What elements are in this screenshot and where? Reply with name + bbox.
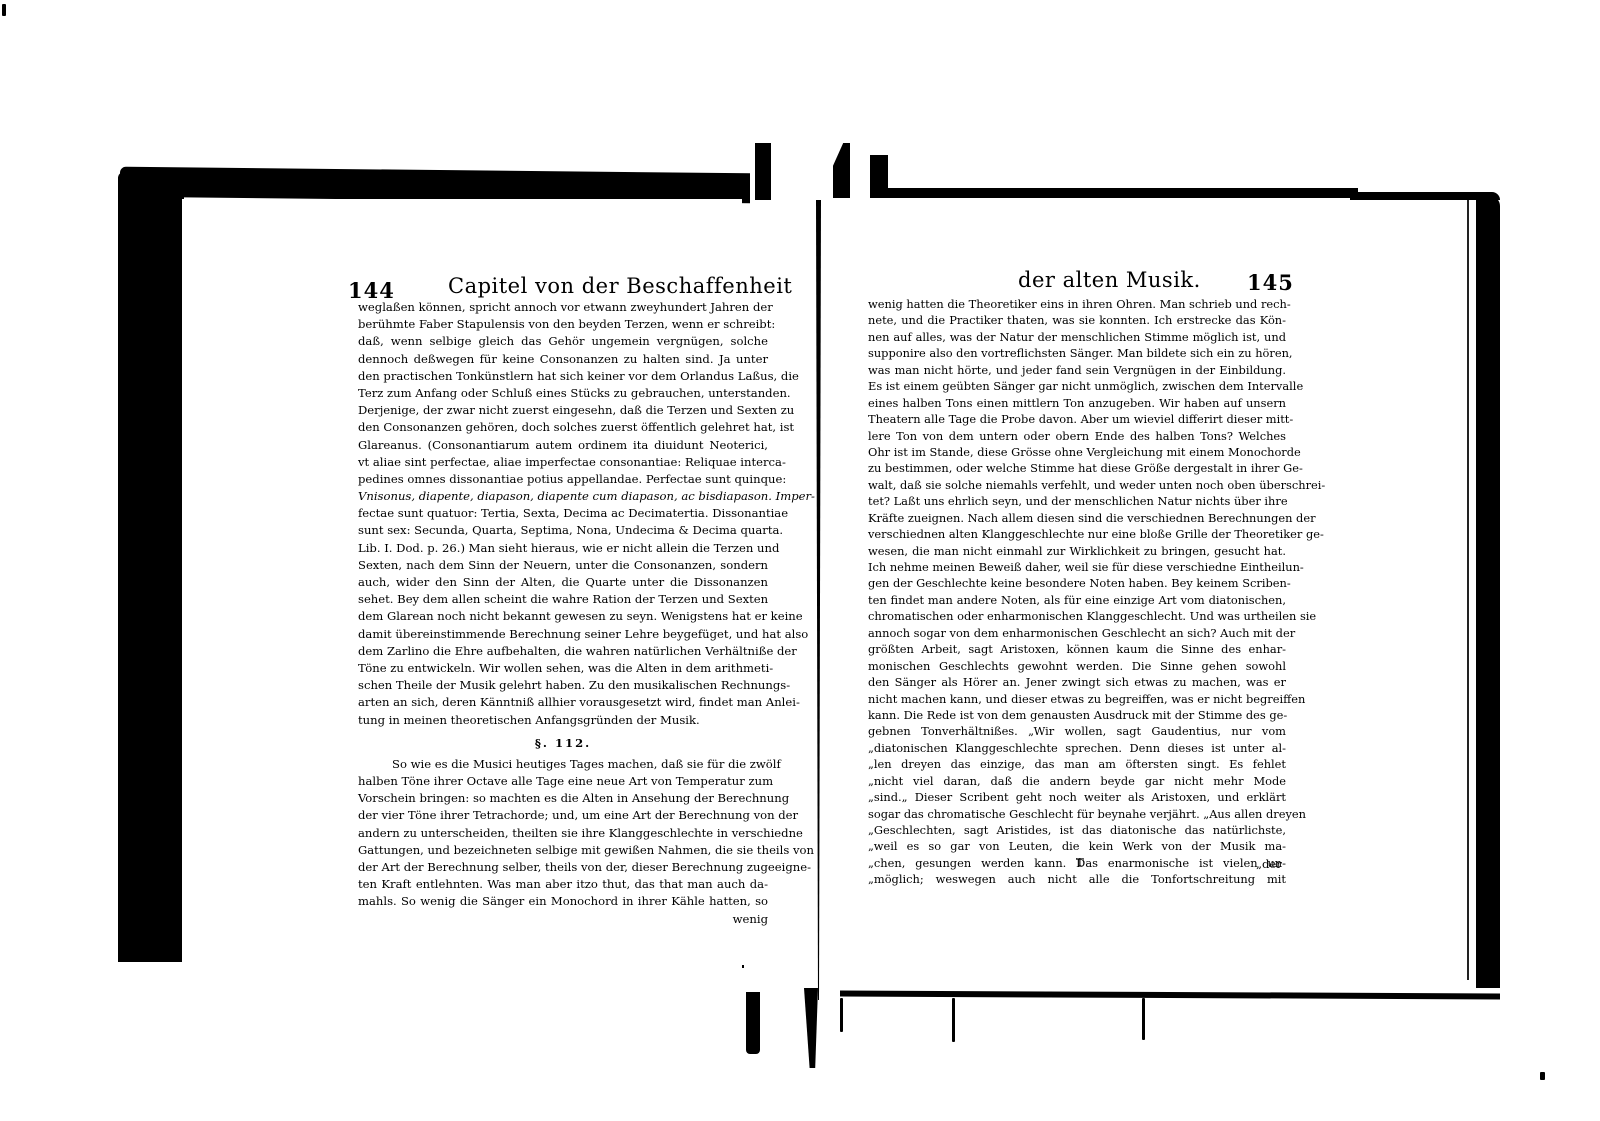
text-line: pedines omnes dissonantiae potius appell… xyxy=(358,471,768,488)
text-line: wenig hatten die Theoretiker eins in ihr… xyxy=(868,296,1286,312)
text-line: Lib. I. Dod. p. 26.) Man sieht hieraus, … xyxy=(358,540,768,557)
left-page-body: weglaßen können, spricht annoch vor etwa… xyxy=(358,299,768,928)
book-scan: 144 Capitel von der Beschaffenheit wegla… xyxy=(0,0,1600,1121)
text-line: „möglich; weswegen auch nicht alle die T… xyxy=(868,871,1286,887)
right-cover-side-edge xyxy=(1476,196,1500,988)
text-line: der vier Töne ihrer Tetrachorde; und, um… xyxy=(358,807,768,824)
text-line: damit übereinstimmende Berechnung seiner… xyxy=(358,626,768,643)
text-line: was man nicht hörte, und jeder fand sein… xyxy=(868,362,1286,378)
text-line: daß, wenn selbige gleich das Gehör ungem… xyxy=(358,333,768,350)
text-line: „len dreyen das einzige, das man am öfte… xyxy=(868,756,1286,772)
text-line: schen Theile der Musik gelehrt haben. Zu… xyxy=(358,677,768,694)
catchword: „der xyxy=(1256,857,1282,871)
text-line: nicht machen kann, und dieser etwas zu b… xyxy=(868,691,1286,707)
center-spine-wedge xyxy=(833,143,850,200)
text-line: vt aliae sint perfectae, aliae imperfect… xyxy=(358,454,768,471)
text-line: Töne zu entwickeln. Wir wollen sehen, wa… xyxy=(358,660,768,677)
text-line: Derjenige, der zwar nicht zuerst eingese… xyxy=(358,402,768,419)
right-page-bottom-edge xyxy=(840,991,1500,1000)
text-line: „weil es so gar von Leuten, die kein Wer… xyxy=(868,838,1286,854)
right-cover-top-edge xyxy=(888,188,1358,198)
tick-mark xyxy=(952,998,955,1042)
text-line: Glareanus. (Consonantiarum autem ordinem… xyxy=(358,437,768,454)
text-line: berühmte Faber Stapulensis von den beyde… xyxy=(358,316,768,333)
text-line: auch, wider den Sinn der Alten, die Quar… xyxy=(358,574,768,591)
text-line: „Geschlechten, sagt Aristides, ist das d… xyxy=(868,822,1286,838)
text-line: andern zu unterscheiden, theilten sie ih… xyxy=(358,825,768,842)
text-line: Sexten, nach dem Sinn der Neuern, unter … xyxy=(358,557,768,574)
text-line: Gattungen, und bezeichneten selbige mit … xyxy=(358,842,768,859)
text-line: wesen, die man nicht einmahl zur Wirklic… xyxy=(868,543,1286,559)
left-cover-top-edge xyxy=(120,167,750,204)
tick-mark xyxy=(1142,998,1145,1040)
text-line: Ohr ist im Stande, diese Grösse ohne Ver… xyxy=(868,444,1286,460)
text-line: sogar das chromatische Geschlecht für be… xyxy=(868,806,1286,822)
text-line: mahls. So wenig die Sänger ein Monochord… xyxy=(358,893,768,910)
scan-speck xyxy=(2,4,6,16)
text-line: eines halben Tons einen mittlern Ton anz… xyxy=(868,395,1286,411)
text-line: sehet. Bey dem allen scheint die wahre R… xyxy=(358,591,768,608)
left-running-head: Capitel von der Beschaffenheit xyxy=(448,274,792,298)
right-page-rule xyxy=(1467,200,1469,980)
left-gutter-tab xyxy=(755,143,771,200)
text-line: arten an sich, deren Känntniß allhier vo… xyxy=(358,694,768,711)
text-line: „nicht viel daran, daß die andern beyde … xyxy=(868,773,1286,789)
text-line: gebnen Tonverhältnißes. „Wir wollen, sag… xyxy=(868,723,1286,739)
text-line: weglaßen können, spricht annoch vor etwa… xyxy=(358,299,768,316)
text-line: Theatern alle Tage die Probe davon. Aber… xyxy=(868,411,1286,427)
text-line: „diatonischen Klanggeschlechte sprechen.… xyxy=(868,740,1286,756)
text-line: annoch sogar von dem enharmonischen Gesc… xyxy=(868,625,1286,641)
text-line: ten findet man andere Noten, als für ein… xyxy=(868,592,1286,608)
text-line: kann. Die Rede ist von dem genausten Aus… xyxy=(868,707,1286,723)
center-spine-line xyxy=(816,200,821,1000)
text-line: verschiednen alten Klanggeschlechte nur … xyxy=(868,526,1286,542)
text-line: ten Kraft entlehnten. Was man aber itzo … xyxy=(358,876,768,893)
text-line: Terz zum Anfang oder Schluß eines Stücks… xyxy=(358,385,768,402)
text-line: „sind.„ Dieser Scribent geht noch weiter… xyxy=(868,789,1286,805)
text-line: supponire also den vortreflichsten Sänge… xyxy=(868,345,1286,361)
right-page-body: wenig hatten die Theoretiker eins in ihr… xyxy=(868,296,1286,888)
text-line: lere Ton von dem untern oder obern Ende … xyxy=(868,428,1286,444)
text-line: Vorschein bringen: so machten es die Alt… xyxy=(358,790,768,807)
text-line: der Art der Berechnung selber, theils vo… xyxy=(358,859,768,876)
text-line: nen auf alles, was der Natur der menschl… xyxy=(868,329,1286,345)
text-line: den Sänger als Hörer an. Jener zwingt si… xyxy=(868,674,1286,690)
catchword: wenig xyxy=(358,911,768,928)
bottom-spine-tab xyxy=(804,988,818,1068)
text-line: Vnisonus, diapente, diapason, diapente c… xyxy=(358,488,768,505)
right-gutter-tab xyxy=(870,155,888,200)
text-line: dem Zarlino die Ehre aufbehalten, die wa… xyxy=(358,643,768,660)
left-cover-side-edge xyxy=(118,172,184,962)
text-line: tung in meinen theoretischen Anfangsgrün… xyxy=(358,712,768,729)
text-line: walt, daß sie solche niemahls verfehlt, … xyxy=(868,477,1286,493)
text-line: Kräfte zueignen. Nach allem diesen sind … xyxy=(868,510,1286,526)
right-running-head: der alten Musik. xyxy=(1018,268,1201,292)
tick-mark xyxy=(840,998,843,1032)
text-line: monischen Geschlechts gewohnt werden. Di… xyxy=(868,658,1286,674)
text-line: nete, und die Practiker thaten, was sie … xyxy=(868,312,1286,328)
text-line: dem Glarean noch nicht bekannt gewesen z… xyxy=(358,608,768,625)
text-line: chromatischen oder enharmonischen Klangg… xyxy=(868,608,1286,624)
text-line: den practischen Tonkünstlern hat sich ke… xyxy=(358,368,768,385)
right-page-number: 145 xyxy=(1247,270,1294,295)
text-line: den Consonanzen gehören, doch solches zu… xyxy=(358,419,768,436)
signature-mark: T xyxy=(1076,855,1084,869)
text-line: fectae sunt quatuor: Tertia, Sexta, Deci… xyxy=(358,505,768,522)
bottom-left-tab xyxy=(746,992,760,1054)
text-line: Es ist einem geübten Sänger gar nicht un… xyxy=(868,378,1286,394)
text-line: sunt sex: Secunda, Quarta, Septima, Nona… xyxy=(358,522,768,539)
text-line: So wie es die Musici heutiges Tages mach… xyxy=(358,756,768,773)
section-heading: §. 112. xyxy=(358,735,768,752)
scan-speck xyxy=(1540,1072,1545,1080)
text-line: zu bestimmen, oder welche Stimme hat die… xyxy=(868,460,1286,476)
text-line: Ich nehme meinen Beweiß daher, weil sie … xyxy=(868,559,1286,575)
text-line: tet? Laßt uns ehrlich seyn, und der mens… xyxy=(868,493,1286,509)
text-line: größten Arbeit, sagt Aristoxen, können k… xyxy=(868,641,1286,657)
text-line: dennoch deßwegen für keine Consonanzen z… xyxy=(358,351,768,368)
text-line: halben Töne ihrer Octave alle Tage eine … xyxy=(358,773,768,790)
text-line: gen der Geschlechte keine besondere Note… xyxy=(868,575,1286,591)
